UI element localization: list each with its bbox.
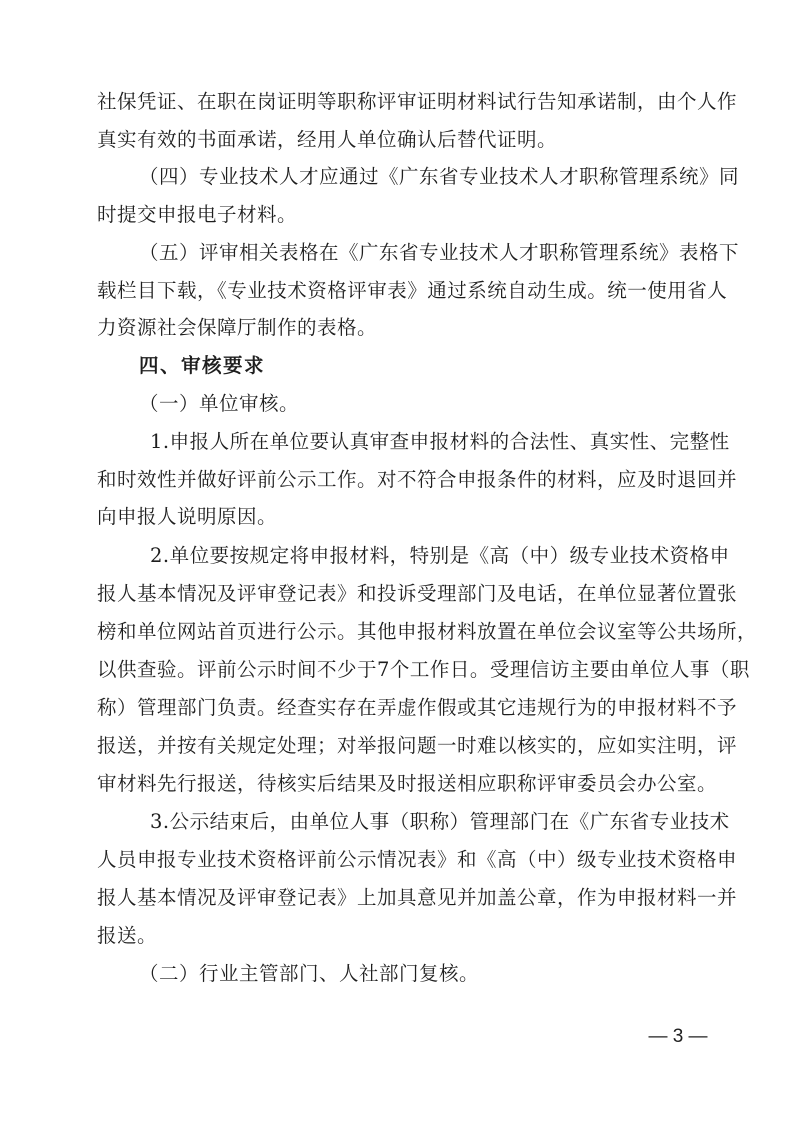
text-line: 和时效性并做好评前公示工作。对不符合申报条件的材料，应及时退回并 bbox=[97, 465, 688, 495]
text-line: 真实有效的书面承诺，经用人单位确认后替代证明。 bbox=[97, 125, 688, 155]
text-line: （四）专业技术人才应通过《广东省专业技术人才职称管理系统》同 bbox=[139, 162, 688, 192]
text-line: 榜和单位网站首页进行公示。其他申报材料放置在单位会议室等公共场所， bbox=[97, 617, 688, 647]
text-line: 报人基本情况及评审登记表》上加具意见并加盖公章，作为申报材料一并 bbox=[97, 883, 688, 913]
text-line: 报送。 bbox=[97, 921, 688, 951]
text-line: 时提交申报电子材料。 bbox=[97, 200, 688, 230]
text-line: 力资源社会保障厅制作的表格。 bbox=[97, 313, 688, 343]
text-line: 向申报人说明原因。 bbox=[97, 502, 688, 532]
document-page: 社保凭证、在职在岗证明等职称评审证明材料试行告知承诺制，由个人作真实有效的书面承… bbox=[0, 0, 800, 1132]
page-number: — 3 — bbox=[638, 1022, 718, 1052]
text-line: 社保凭证、在职在岗证明等职称评审证明材料试行告知承诺制，由个人作 bbox=[97, 87, 688, 117]
text-line: 审材料先行报送，待核实后结果及时报送相应职称评审委员会办公室。 bbox=[97, 769, 688, 799]
text-line: （一）单位审核。 bbox=[139, 389, 688, 419]
text-line: 称）管理部门负责。经查实存在弄虚作假或其它违规行为的申报材料不予 bbox=[97, 693, 688, 723]
text-line: 1.申报人所在单位要认真审查申报材料的合法性、真实性、完整性 bbox=[150, 427, 688, 457]
heading-text: 四、审核要求 bbox=[139, 351, 688, 381]
text-line: 报人基本情况及评审登记表》和投诉受理部门及电话，在单位显著位置张 bbox=[97, 579, 688, 609]
text-line: （二）行业主管部门、人社部门复核。 bbox=[139, 959, 688, 989]
text-line: （五）评审相关表格在《广东省专业技术人才职称管理系统》表格下 bbox=[139, 238, 688, 268]
text-line: 2.单位要按规定将申报材料，特别是《高（中）级专业技术资格申 bbox=[150, 541, 688, 571]
text-line: 人员申报专业技术资格评前公示情况表》和《高（中）级专业技术资格申 bbox=[97, 845, 688, 875]
text-line: 载栏目下载，《专业技术资格评审表》通过系统自动生成。统一使用省人 bbox=[97, 276, 688, 306]
text-line: 以供查验。评前公示时间不少于7个工作日。受理信访主要由单位人事（职 bbox=[97, 655, 688, 685]
text-line: 报送，并按有关规定处理；对举报问题一时难以核实的，应如实注明，评 bbox=[97, 731, 688, 761]
text-line: 3.公示结束后，由单位人事（职称）管理部门在《广东省专业技术 bbox=[150, 807, 688, 837]
